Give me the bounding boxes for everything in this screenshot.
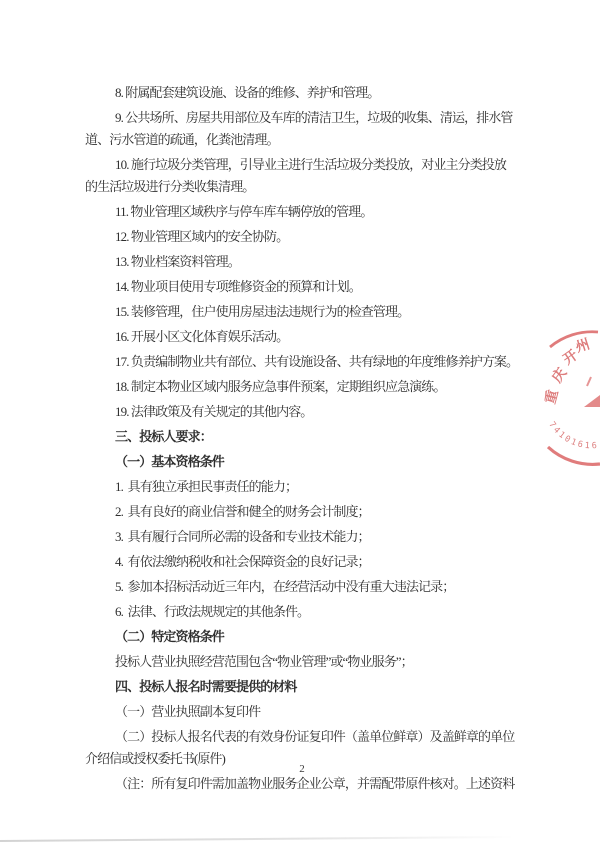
doc-line: 6. 法律、行政法规规定的其他条件。	[85, 601, 525, 623]
scanned-document-page: 8. 附属配套建筑设施、设备的维修、养护和管理。9. 公共场所、房屋共用部位及车…	[0, 0, 600, 849]
paragraph: 13. 物业档案资料管理。	[85, 251, 525, 273]
stamp-character: 重	[542, 388, 562, 406]
doc-line: （二）特定资格条件	[85, 626, 525, 648]
doc-line: 2. 具有良好的商业信誉和健全的财务会计制度；	[85, 501, 525, 523]
paragraph: 8. 附属配套建筑设施、设备的维修、养护和管理。	[85, 82, 525, 104]
paragraph: 11. 物业管理区域秩序与停车库车辆停放的管理。	[85, 201, 525, 223]
doc-line: 17. 负责编制物业共有部位、共有设施设备、共有绿地的年度维修养护方案。	[85, 351, 525, 373]
doc-line: 13. 物业档案资料管理。	[85, 251, 525, 273]
stamp-serial-digits: 74101616	[546, 420, 599, 451]
paragraph: 投标人营业执照经营范围包含“物业管理”或“物业服务”；	[85, 651, 525, 673]
doc-line: 三、投标人要求：	[85, 426, 525, 448]
doc-line: 的生活垃圾进行分类收集清理。	[85, 176, 525, 198]
paragraph: 10. 施行垃圾分类管理，引导业主进行生活垃圾分类投放，对业主分类投放的生活垃圾…	[85, 154, 525, 198]
paragraph: 4. 有依法缴纳税收和社会保障资金的良好记录；	[85, 551, 525, 573]
company-seal-stamp: 重 庆 开 州 74101616	[520, 300, 600, 500]
paragraph: 5. 参加本招标活动近三年内，在经营活动中没有重大违法记录；	[85, 576, 525, 598]
doc-line: 1. 具有独立承担民事责任的能力；	[85, 476, 525, 498]
paragraph: 16. 开展小区文化体育娱乐活动。	[85, 326, 525, 348]
paragraph: 四、投标人报名时需要提供的材料	[85, 676, 525, 698]
doc-line: 12. 物业管理区域内的安全协防。	[85, 226, 525, 248]
doc-line: 18. 制定本物业区域内服务应急事件预案，定期组织应急演练。	[85, 376, 525, 398]
doc-line: 14. 物业项目使用专项维修资金的预算和计划。	[85, 276, 525, 298]
doc-line: （二）投标人报名代表的有效身份证复印件（盖单位鲜章）及盖鲜章的单位	[85, 726, 525, 748]
doc-line: 5. 参加本招标活动近三年内，在经营活动中没有重大违法记录；	[85, 576, 525, 598]
doc-line: （注：所有复印件需加盖物业服务企业公章，并需配带原件核对。上述资料	[85, 773, 525, 795]
doc-line: 15. 装修管理，住户使用房屋违法违规行为的检查管理。	[85, 301, 525, 323]
doc-line: 投标人营业执照经营范围包含“物业管理”或“物业服务”；	[85, 651, 525, 673]
paragraph: （一）营业执照副本复印件	[85, 701, 525, 723]
paragraph: 14. 物业项目使用专项维修资金的预算和计划。	[85, 276, 525, 298]
paragraph: 12. 物业管理区域内的安全协防。	[85, 226, 525, 248]
stamp-star-fragment	[584, 395, 600, 407]
page-number: 2	[85, 763, 519, 775]
stamp-center-tick	[587, 377, 591, 386]
doc-line: 11. 物业管理区域秩序与停车库车辆停放的管理。	[85, 201, 525, 223]
doc-line: 四、投标人报名时需要提供的材料	[85, 676, 525, 698]
doc-line: 16. 开展小区文化体育娱乐活动。	[85, 326, 525, 348]
stamp-character: 庆	[548, 365, 570, 386]
paragraph: 19. 法律政策及有关规定的其他内容。	[85, 401, 525, 423]
doc-line: 8. 附属配套建筑设施、设备的维修、养护和管理。	[85, 82, 525, 104]
paragraph: （注：所有复印件需加盖物业服务企业公章，并需配带原件核对。上述资料	[85, 773, 525, 795]
doc-line: （一）基本资格条件	[85, 451, 525, 473]
doc-line: 道、污水管道的疏通，化粪池清理。	[85, 129, 525, 151]
doc-line: 3. 具有履行合同所必需的设备和专业技术能力；	[85, 526, 525, 548]
doc-line: 9. 公共场所、房屋共用部位及车库的清洁卫生，垃圾的收集、清运，排水管	[85, 107, 525, 129]
paragraph: （一）基本资格条件	[85, 451, 525, 473]
paragraph: 17. 负责编制物业共有部位、共有设施设备、共有绿地的年度维修养护方案。	[85, 351, 525, 373]
paragraph: 2. 具有良好的商业信誉和健全的财务会计制度；	[85, 501, 525, 523]
paragraph: 三、投标人要求：	[85, 426, 525, 448]
document-body: 8. 附属配套建筑设施、设备的维修、养护和管理。9. 公共场所、房屋共用部位及车…	[85, 82, 525, 798]
doc-line: 10. 施行垃圾分类管理，引导业主进行生活垃圾分类投放，对业主分类投放	[85, 154, 525, 176]
doc-line: 4. 有依法缴纳税收和社会保障资金的良好记录；	[85, 551, 525, 573]
paragraph: 1. 具有独立承担民事责任的能力；	[85, 476, 525, 498]
paragraph: 18. 制定本物业区域内服务应急事件预案，定期组织应急演练。	[85, 376, 525, 398]
paragraph: 15. 装修管理，住户使用房屋违法违规行为的检查管理。	[85, 301, 525, 323]
paragraph: 9. 公共场所、房屋共用部位及车库的清洁卫生，垃圾的收集、清运，排水管道、污水管…	[85, 107, 525, 151]
stamp-character: 州	[574, 336, 592, 356]
paragraph: 6. 法律、行政法规规定的其他条件。	[85, 601, 525, 623]
paragraph: （二）特定资格条件	[85, 626, 525, 648]
doc-line: 19. 法律政策及有关规定的其他内容。	[85, 401, 525, 423]
doc-line: （一）营业执照副本复印件	[85, 701, 525, 723]
page-edge-shadow	[0, 836, 514, 842]
paragraph: 3. 具有履行合同所必需的设备和专业技术能力；	[85, 526, 525, 548]
